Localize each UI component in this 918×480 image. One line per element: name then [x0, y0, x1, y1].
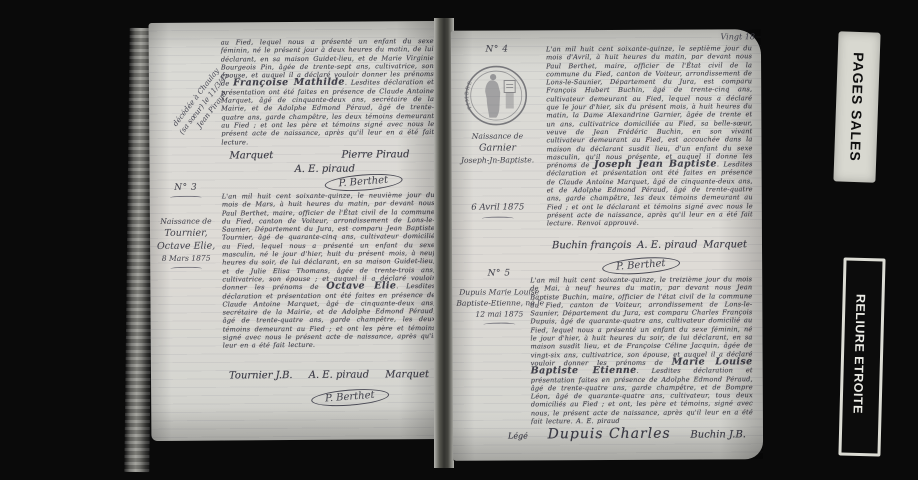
mayor-signature-circled: P. Berthet [324, 172, 403, 194]
record-4-signature-row: Buchin françois A. E. piraud Marquet [552, 239, 747, 251]
mayor-signature-circled: P. Berthet [311, 387, 390, 409]
record-2-signature-row: Marquet Pierre Piraud [229, 149, 409, 161]
record-4-margin-date: 6 Avril 1875 [452, 202, 544, 213]
record-3-body-text: L'an mil huit cent soixante-quinze, le n… [222, 191, 436, 364]
signature: Pierre Piraud [341, 149, 409, 160]
record-3-margin-surname: Tournier, [154, 227, 218, 240]
record-5-signature-row: Légé Dupuis Charles Buchin J.B. [508, 425, 746, 442]
record-4-number-block: N° 4 [461, 44, 533, 54]
stamp-figure-body [485, 80, 500, 117]
record-5-text-after: . Lesdites déclaration et présentation f… [531, 367, 753, 425]
signature: Marquet [385, 369, 429, 380]
record-2-body-text: au Fied, lequel nous a présenté un enfan… [221, 37, 435, 150]
record-4-body-text: L'an mil huit cent soixante-quinze, le s… [546, 44, 753, 237]
record-4-margin-surname: Garnier [451, 141, 543, 154]
record-4-margin-line: Naissance de [451, 130, 543, 141]
signature: Tournier J.B. [229, 370, 293, 381]
margin-rule [482, 216, 514, 220]
pages-sales-label-text: PAGES SALES [833, 31, 880, 182]
signature: Dupuis Charles [548, 426, 671, 443]
record-5-body-text: L'an mil huit cent soixante-quinze, le t… [530, 275, 753, 424]
record-3-text-before: L'an mil huit cent soixante-quinze, le n… [222, 191, 436, 292]
pages-sales-label: PAGES SALES [833, 31, 880, 182]
margin-rule [170, 267, 202, 271]
signature: Buchin françois [552, 240, 632, 251]
signature: A. E. piraud [637, 240, 697, 251]
record-4-margin-date-block: 6 Avril 1875 [452, 202, 544, 220]
record-4-text-after: . Lesdites déclaration et présentation o… [547, 160, 753, 227]
reliure-etroite-label: RELIURE ETROITE [838, 257, 885, 456]
archival-register-scan: décédée à Chaulay (sa sœur) le 11/3/45 J… [0, 0, 918, 480]
record-3-margin-date: 8 Mars 1875 [154, 253, 218, 264]
record-4-text-before: L'an mil huit cent soixante-quinze, le s… [546, 44, 753, 169]
signature: Légé [508, 431, 528, 440]
record-4-margin-block: Naissance de Garnier Joseph-Jn-Baptiste. [451, 130, 543, 165]
record-3-signature-row: Tournier J.B. A. E. piraud Marquet [229, 369, 429, 381]
signature: A. E. piraud [309, 369, 369, 380]
folio-number-note: Vingt 18 [720, 32, 754, 41]
margin-rule [483, 322, 515, 326]
timbre-revenue-stamp-icon: TIMBRE [463, 63, 529, 127]
signature: Marquet [229, 150, 273, 161]
mayor-signature-circled: P. Berthet [602, 255, 680, 277]
register-left-page: décédée à Chaulay (sa sœur) le 11/3/45 J… [149, 21, 440, 441]
signature: Marquet [703, 239, 747, 250]
stamp-figure-head [490, 74, 496, 80]
record-3-margin-block: N° 3 Naissance de Tournier, Octave Elie,… [154, 183, 219, 271]
signature: Buchin J.B. [690, 429, 746, 440]
record-3-number: N° 3 [154, 183, 218, 193]
record-3-margin-firstnames: Octave Elie, [154, 240, 218, 253]
record-3-text-after: . Lesdites déclaration et présentation o… [222, 282, 435, 350]
reliure-etroite-label-text: RELIURE ETROITE [842, 261, 877, 448]
record-3-margin-line: Naissance de [154, 216, 218, 227]
register-right-page: Vingt 18 N° 4 TIMBRE Naissance de Garnie… [451, 29, 763, 461]
record-2-text-after: . Lesdites déclaration et présentation o… [221, 79, 434, 147]
signature: A. E. piraud [295, 164, 355, 175]
record-5-text-before: L'an mil huit cent soixante-quinze, le t… [530, 275, 752, 367]
record-4-margin-firstnames: Joseph-Jn-Baptiste. [452, 154, 544, 165]
record-4-number: N° 4 [461, 44, 533, 54]
